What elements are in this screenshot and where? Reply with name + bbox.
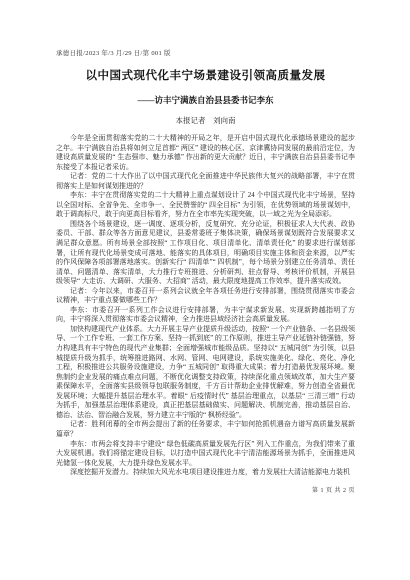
article-paragraph: 李东：市委召开一系列工作会议进行安排部署，为丰宁谋求新发展、实现新跨越指明了方向… <box>56 306 355 325</box>
article-paragraph: 今年是全面贯彻落实党的二十大精神的开局之年，是开启中国式现代化承德场景建设的起步… <box>56 134 355 172</box>
article-paragraph: 李东：丰宁在贯彻落实党的二十大精神上重点谋划设计了 24 个中国式现代化丰宁场景… <box>56 191 355 220</box>
article-paragraph: 记者：党的二十大作出了以中国式现代化全面推进中华民族伟大复兴的战略部署，丰宁在贯… <box>56 172 355 191</box>
document-page: 承德日报/2023 年/3 月/29 日/第 001 版 以中国式现代化丰宁场景… <box>0 0 410 580</box>
article-paragraph: 围绕各个场景建设，逐一调度、逐项分析，反复研究、充分论证，积极征求人大代表、政协… <box>56 220 355 287</box>
page-number: 第 1 页 共 2 页 <box>56 487 355 495</box>
article-byline: 本报记者 刘向南 <box>56 116 355 125</box>
article-subtitle: ——访丰宁满族自治县县委书记李东 <box>56 95 355 105</box>
article-paragraph: 深度挖掘开发潜力。持续加大风光水电项目建设推进力度，着力发展壮大清洁能源电力装机 <box>56 468 355 478</box>
article-paragraph: 记者：今年以来，市委召开一系列会议就全年各项任务进行安排部署，围绕贯彻落实市委会… <box>56 287 355 306</box>
article-body: 今年是全面贯彻落实党的二十大精神的开局之年，是开启中国式现代化承德场景建设的起步… <box>56 134 355 478</box>
publication-header: 承德日报/2023 年/3 月/29 日/第 001 版 <box>56 50 355 58</box>
article-paragraph: 记者：胜利闭幕的全市两会提出了新的任务要求，丰宁如何抢抓机遇奋力谱写高质量发展新… <box>56 420 355 439</box>
article-paragraph: 加快构建现代产业体系。大力开展主导产业提质升级活动，按照“ 一个产业链条、一名县… <box>56 325 355 420</box>
article-title: 以中国式现代化丰宁场景建设引领高质量发展 <box>56 70 355 83</box>
article-paragraph: 李东：市两会将支持丰宁建设“ 绿色低碳高质量发展先行区” 列入工作重点，为我们带… <box>56 440 355 469</box>
